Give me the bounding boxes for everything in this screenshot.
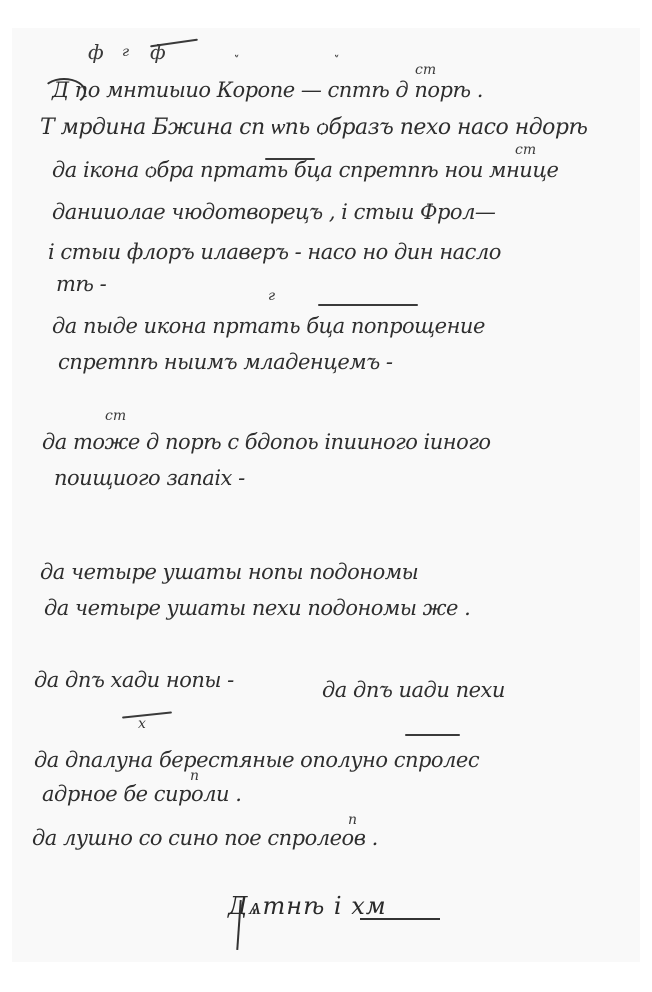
manuscript-line: да пыде икона пртать бца попрощение <box>52 314 485 338</box>
manuscript-line: тѣ - <box>56 272 106 296</box>
manuscript-line: да ікона ѻбра пртать бца спретпѣ нои мни… <box>52 158 558 183</box>
superscript: ст <box>415 62 436 78</box>
manuscript-line: да лушно со сино пое спролеов . <box>32 826 378 850</box>
manuscript-line: да дпалуна берестяные ополуно спролес <box>34 748 479 772</box>
header-mark: ꙿ <box>230 52 238 71</box>
signature: Дѧтнѣ і хм <box>228 892 387 921</box>
superscript: ст <box>515 142 536 158</box>
header-mark: ф <box>88 40 104 64</box>
titlo-mark <box>318 304 418 306</box>
manuscript-line: адрное бе сироли . <box>42 782 241 806</box>
manuscript-line: Т мрдина Бжина сп ѡпь ѻбразъ пехо насо н… <box>40 114 587 140</box>
manuscript-line: поищиого запаіх - <box>54 466 245 490</box>
manuscript-line: данииолае чюдотворецъ , і стыи Фрол— <box>52 200 495 224</box>
manuscript-line: спретпѣ ныимъ младенцемъ - <box>58 350 392 374</box>
manuscript-line: да дпъ хади нопы - <box>34 668 234 692</box>
header-mark: г <box>122 44 129 60</box>
superscript: х <box>138 716 146 732</box>
manuscript-line: да четыре ушаты пехи подономы же . <box>44 596 470 620</box>
header-mark: ꙿ <box>330 52 338 71</box>
manuscript-line: да дпъ иади пехи <box>322 678 505 702</box>
titlo-mark <box>405 734 460 736</box>
signature-underline <box>360 918 440 920</box>
superscript: г <box>268 288 275 304</box>
manuscript-line: да четыре ушаты нопы подономы <box>40 560 418 584</box>
manuscript-line: да тоже д порѣ с бдопоь іпииного іиного <box>42 430 491 454</box>
manuscript-line: і стыи флоръ илаверъ - насо но дин насло <box>48 240 501 264</box>
superscript: ст <box>105 408 126 424</box>
manuscript-line: Д по мнтиыио Коропе — сптѣ д порѣ . <box>52 78 483 102</box>
